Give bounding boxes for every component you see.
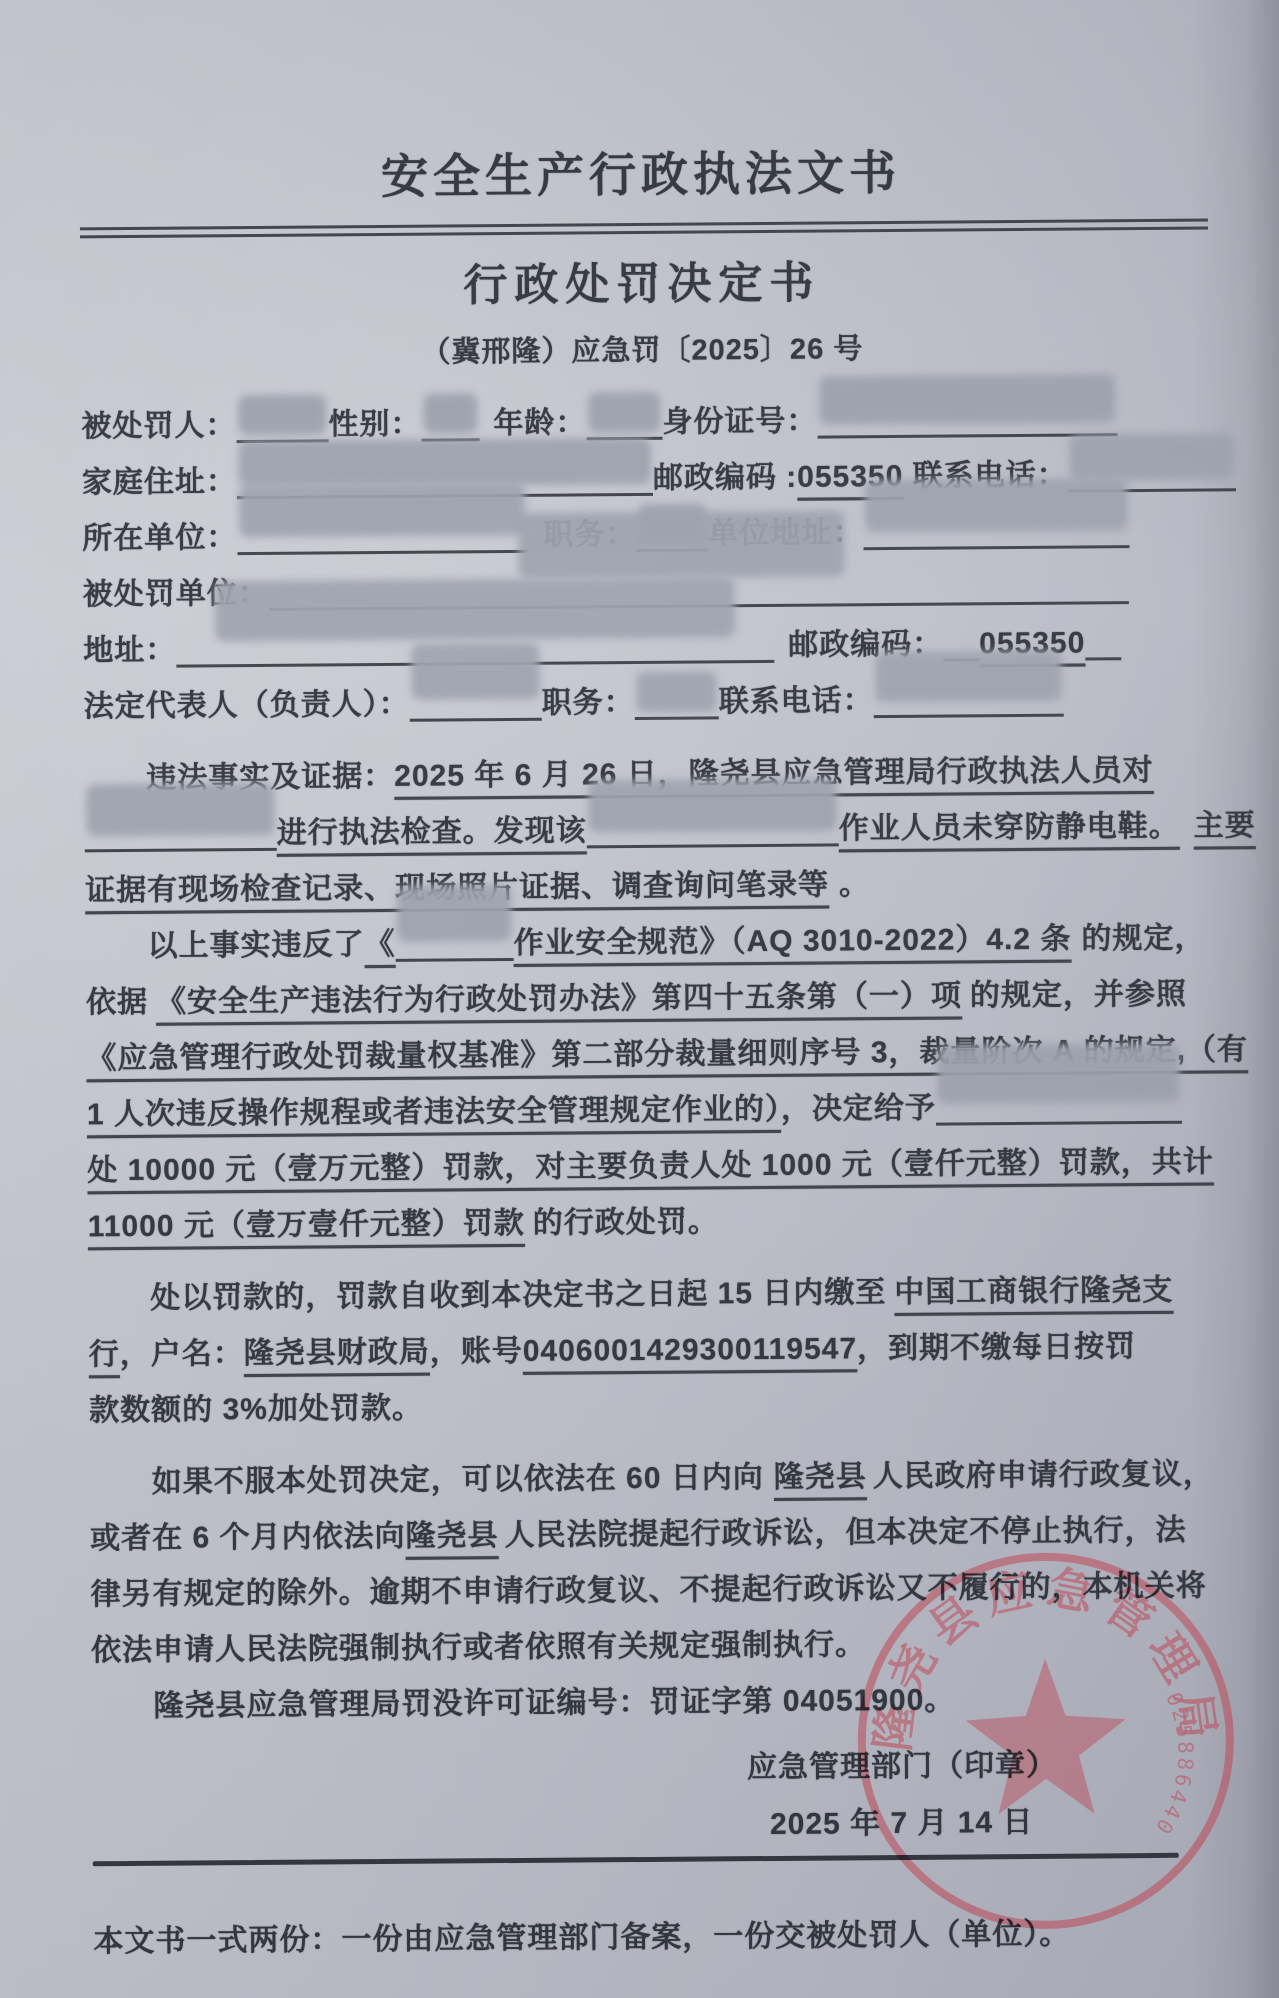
legal-line-4: 1 人次违反操作规程或者违法安全管理规定作业的），决定给予	[87, 1079, 1210, 1144]
text-run: 中国工商银行隆尧支	[894, 1274, 1173, 1309]
text-run: 的规定，	[1081, 922, 1205, 956]
redaction-block	[588, 778, 836, 832]
text-run: 所在单位：	[82, 521, 237, 555]
text-run: 《	[364, 928, 395, 961]
text-run: 身份证号：	[662, 405, 817, 439]
text-run: 进行执法检查。发现该	[277, 814, 587, 849]
text-run: 被处罚人：	[81, 409, 236, 443]
redaction-block	[239, 438, 651, 487]
appeal-line-1: 如果不服本处罚决定，可以依法在 60 日内向隆尧县人民政府申请行政复议，	[90, 1447, 1213, 1512]
seal-star-icon	[965, 1658, 1126, 1814]
text-run: 处 10000 元（壹万元整）罚款，对主要负责人处 1000 元（壹仟元整）罚款…	[87, 1145, 1214, 1187]
text-run: 邮政编码 :	[653, 461, 798, 495]
text-run: 依法申请人民法院强制执行或者依照有关规定强制执行。	[91, 1628, 866, 1667]
text-run: 11000 元（壹万壹仟元整）罚款	[88, 1207, 525, 1243]
blank-field	[936, 1085, 1182, 1126]
redaction-block	[937, 1044, 1179, 1104]
text-run: ，决定给予	[781, 1092, 936, 1126]
text-run: 法定代表人（负责人）：	[84, 688, 410, 724]
text-run: 职务：	[542, 686, 635, 720]
double-rule	[80, 219, 1208, 239]
redaction-block	[238, 394, 326, 435]
redaction-block	[215, 577, 735, 641]
text-run: 年龄：	[493, 406, 586, 440]
blank-field	[873, 678, 1063, 718]
form-line-legal-rep: 法定代表人（负责人）：职务：联系电话：	[83, 671, 1206, 736]
document-body: 被处罚人：性别：年龄：身份证号：家庭住址：邮政编码 :055350 联系电话：所…	[81, 391, 1214, 1736]
blank-field	[863, 509, 1129, 550]
redaction-block	[397, 885, 511, 942]
text-run: 的规定，并参照	[970, 978, 1187, 1013]
redaction-block	[411, 643, 539, 700]
redaction-block	[239, 483, 525, 537]
text-run: 行	[89, 1338, 120, 1371]
facts-line-2: 进行执法检查。发现该作业人员未穿防静电鞋。主要	[84, 799, 1207, 864]
text-run: 联系电话：	[719, 684, 874, 718]
text-run: 0406001429300119547	[523, 1332, 858, 1368]
official-seal: 隆尧县应急管理局 025886440	[846, 1541, 1245, 1940]
penalty-line-2: 11000 元（壹万壹仟元整）罚款的行政处罚。	[88, 1191, 1211, 1256]
redaction-block	[86, 783, 274, 836]
text-run: 。	[839, 868, 870, 901]
text-run: 主要	[1194, 809, 1256, 842]
blank-field	[395, 922, 513, 962]
blank-field	[1085, 621, 1121, 660]
letterhead-title: 安全生产行政执法文书	[79, 134, 1202, 210]
text-run: 《安全生产违法行为行政处罚办法》第四十五条第（一）项	[156, 979, 962, 1018]
text-run: 或者在 6 个月内依法向	[90, 1520, 406, 1555]
blank-field	[237, 514, 527, 555]
blank-field	[817, 397, 1117, 438]
facts-line-3: 证据有现场检查记录、现场照片证据、调查询问笔录等。	[85, 855, 1208, 920]
redaction-block	[518, 510, 845, 579]
text-run: ，账号	[430, 1335, 523, 1369]
blank-field	[587, 807, 839, 848]
blank-field	[85, 812, 277, 853]
text-run: 依据	[86, 986, 148, 1019]
redaction-block	[423, 393, 477, 433]
text-run: 隆尧县	[774, 1460, 867, 1494]
paper-sheet: 安全生产行政执法文书 行政处罚决定书 （冀邢隆）应急罚〔2025〕26 号 被处…	[0, 0, 1279, 1998]
text-run: 如果不服本处罚决定，可以依法在 60 日内向	[152, 1461, 764, 1499]
blank-field	[634, 680, 718, 720]
text-run: 家庭住址：	[82, 465, 237, 499]
text-run: 1 人次违反操作规程或者违法安全管理规定作业的）	[87, 1093, 781, 1131]
blank-field	[410, 682, 542, 722]
blank-field	[421, 402, 479, 441]
document-title: 行政处罚决定书	[80, 244, 1203, 317]
penalty-decision-document: 安全生产行政执法文书 行政处罚决定书 （冀邢隆）应急罚〔2025〕26 号 被处…	[0, 0, 1279, 1998]
legal-line-2: 依据《安全生产违法行为行政处罚办法》第四十五条第（一）项的规定，并参照	[86, 967, 1209, 1032]
redaction-block	[819, 374, 1115, 424]
redaction-block	[875, 651, 1061, 702]
document-number: （冀邢隆）应急罚〔2025〕26 号	[81, 324, 1204, 374]
text-run: ，到期不缴每日按罚	[857, 1330, 1136, 1365]
text-run: 性别：	[328, 408, 421, 442]
text-run: 作业安全规范》（AQ 3010-2022）4.2 条	[513, 923, 1071, 960]
text-run: 隆尧县	[405, 1519, 498, 1553]
penalty-line-1: 处 10000 元（壹万元整）罚款，对主要负责人处 1000 元（壹仟元整）罚款…	[87, 1135, 1210, 1200]
payment-line-1: 处以罚款的，罚款自收到本决定书之日起 15 日内缴至中国工商银行隆尧支	[88, 1263, 1211, 1328]
seal-code: 025886440	[1148, 1689, 1198, 1841]
redaction-block	[1069, 433, 1233, 480]
text-run: 款数额的 3%加处罚款。	[89, 1392, 423, 1428]
text-run: 的行政处罚。	[533, 1205, 719, 1239]
blank-field	[236, 403, 328, 443]
payment-line-3: 款数额的 3%加处罚款。	[89, 1375, 1212, 1440]
text-run: 隆尧县财政局	[244, 1336, 430, 1370]
legal-line-1: 以上事实违反了《作业安全规范》（AQ 3010-2022）4.2 条的规定，	[85, 911, 1208, 976]
text-run: 作业人员未穿防静电鞋。	[839, 810, 1180, 846]
redaction-block	[865, 478, 1127, 532]
text-run: 隆尧县应急管理局罚没许可证编号：罚证字第 04051900。	[153, 1684, 955, 1723]
payment-line-2: 行，户名：隆尧县财政局，账号0406001429300119547，到期不缴每日…	[89, 1319, 1212, 1384]
redaction-block	[588, 392, 660, 433]
blank-field	[847, 565, 1129, 606]
text-run: 以上事实违反了	[147, 928, 364, 963]
redaction-block	[636, 671, 716, 712]
text-run: 处以罚款的，罚款自收到本决定书之日起 15 日内缴至	[150, 1276, 886, 1315]
blank-field	[586, 401, 662, 441]
text-run: ，户名：	[120, 1337, 244, 1371]
text-run: 人民政府申请行政复议，	[873, 1458, 1214, 1494]
text-run: 地址：	[83, 634, 176, 668]
